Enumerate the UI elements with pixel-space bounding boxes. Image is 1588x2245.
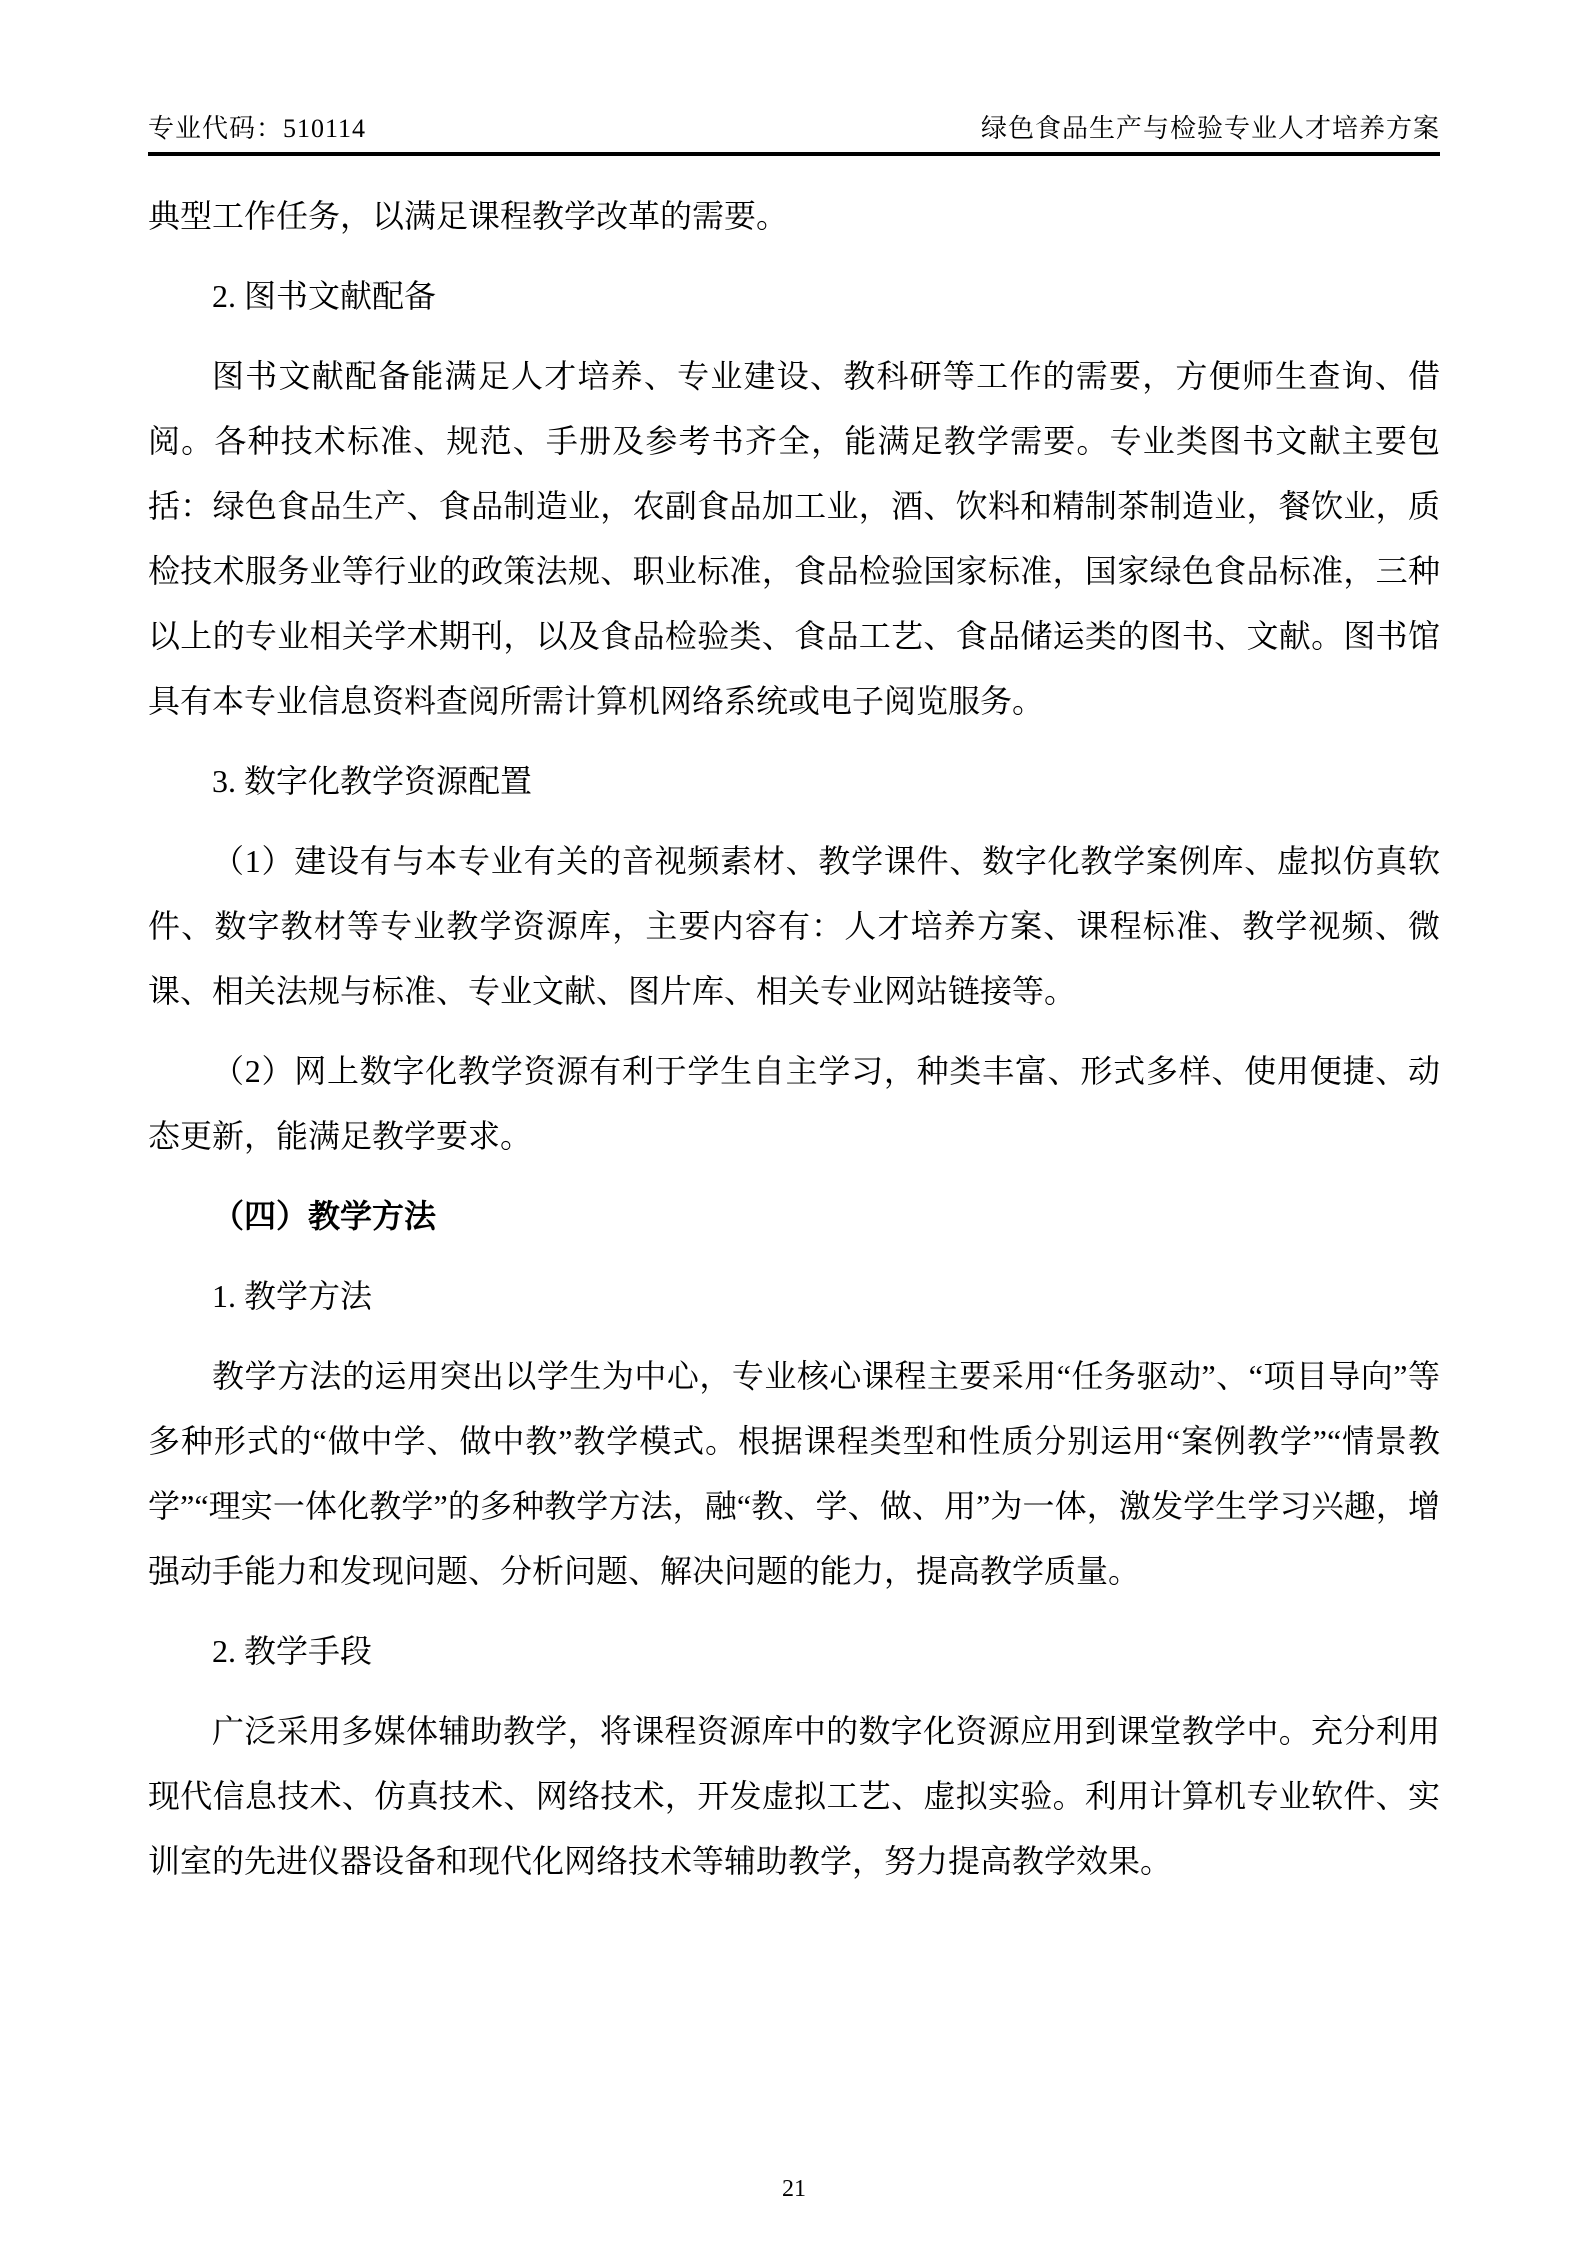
paragraph-digital-resources-2: （2）网上数字化教学资源有利于学生自主学习，种类丰富、形式多样、使用便捷、动态更… [148, 1039, 1440, 1169]
document-page: 专业代码：510114 绿色食品生产与检验专业人才培养方案 典型工作任务，以满足… [0, 0, 1588, 2245]
section-heading-digital-resources: 3. 数字化教学资源配置 [148, 749, 1440, 814]
subsection-heading-teaching-methods: 1. 教学方法 [148, 1264, 1440, 1329]
subsection-heading-teaching-means: 2. 教学手段 [148, 1619, 1440, 1684]
section-heading-library-resources: 2. 图书文献配备 [148, 264, 1440, 329]
header-major-code: 专业代码：510114 [148, 112, 366, 146]
paragraph-teaching-methods: 教学方法的运用突出以学生为中心，专业核心课程主要采用“任务驱动”、“项目导向”等… [148, 1344, 1440, 1604]
paragraph-continuation: 典型工作任务，以满足课程教学改革的需要。 [148, 184, 1440, 249]
page-footer: 21 [0, 2175, 1588, 2203]
page-number: 21 [782, 2176, 806, 2202]
paragraph-digital-resources-1: （1）建设有与本专业有关的音视频素材、教学课件、数字化教学案例库、虚拟仿真软件、… [148, 829, 1440, 1024]
paragraph-library-resources: 图书文献配备能满足人才培养、专业建设、教科研等工作的需要，方便师生查询、借阅。各… [148, 344, 1440, 734]
section-heading-teaching-methods: （四）教学方法 [148, 1184, 1440, 1249]
document-body: 典型工作任务，以满足课程教学改革的需要。 2. 图书文献配备 图书文献配备能满足… [148, 184, 1440, 1894]
header-document-title: 绿色食品生产与检验专业人才培养方案 [981, 112, 1440, 146]
paragraph-teaching-means: 广泛采用多媒体辅助教学，将课程资源库中的数字化资源应用到课堂教学中。充分利用现代… [148, 1699, 1440, 1894]
page-header: 专业代码：510114 绿色食品生产与检验专业人才培养方案 [148, 112, 1440, 156]
